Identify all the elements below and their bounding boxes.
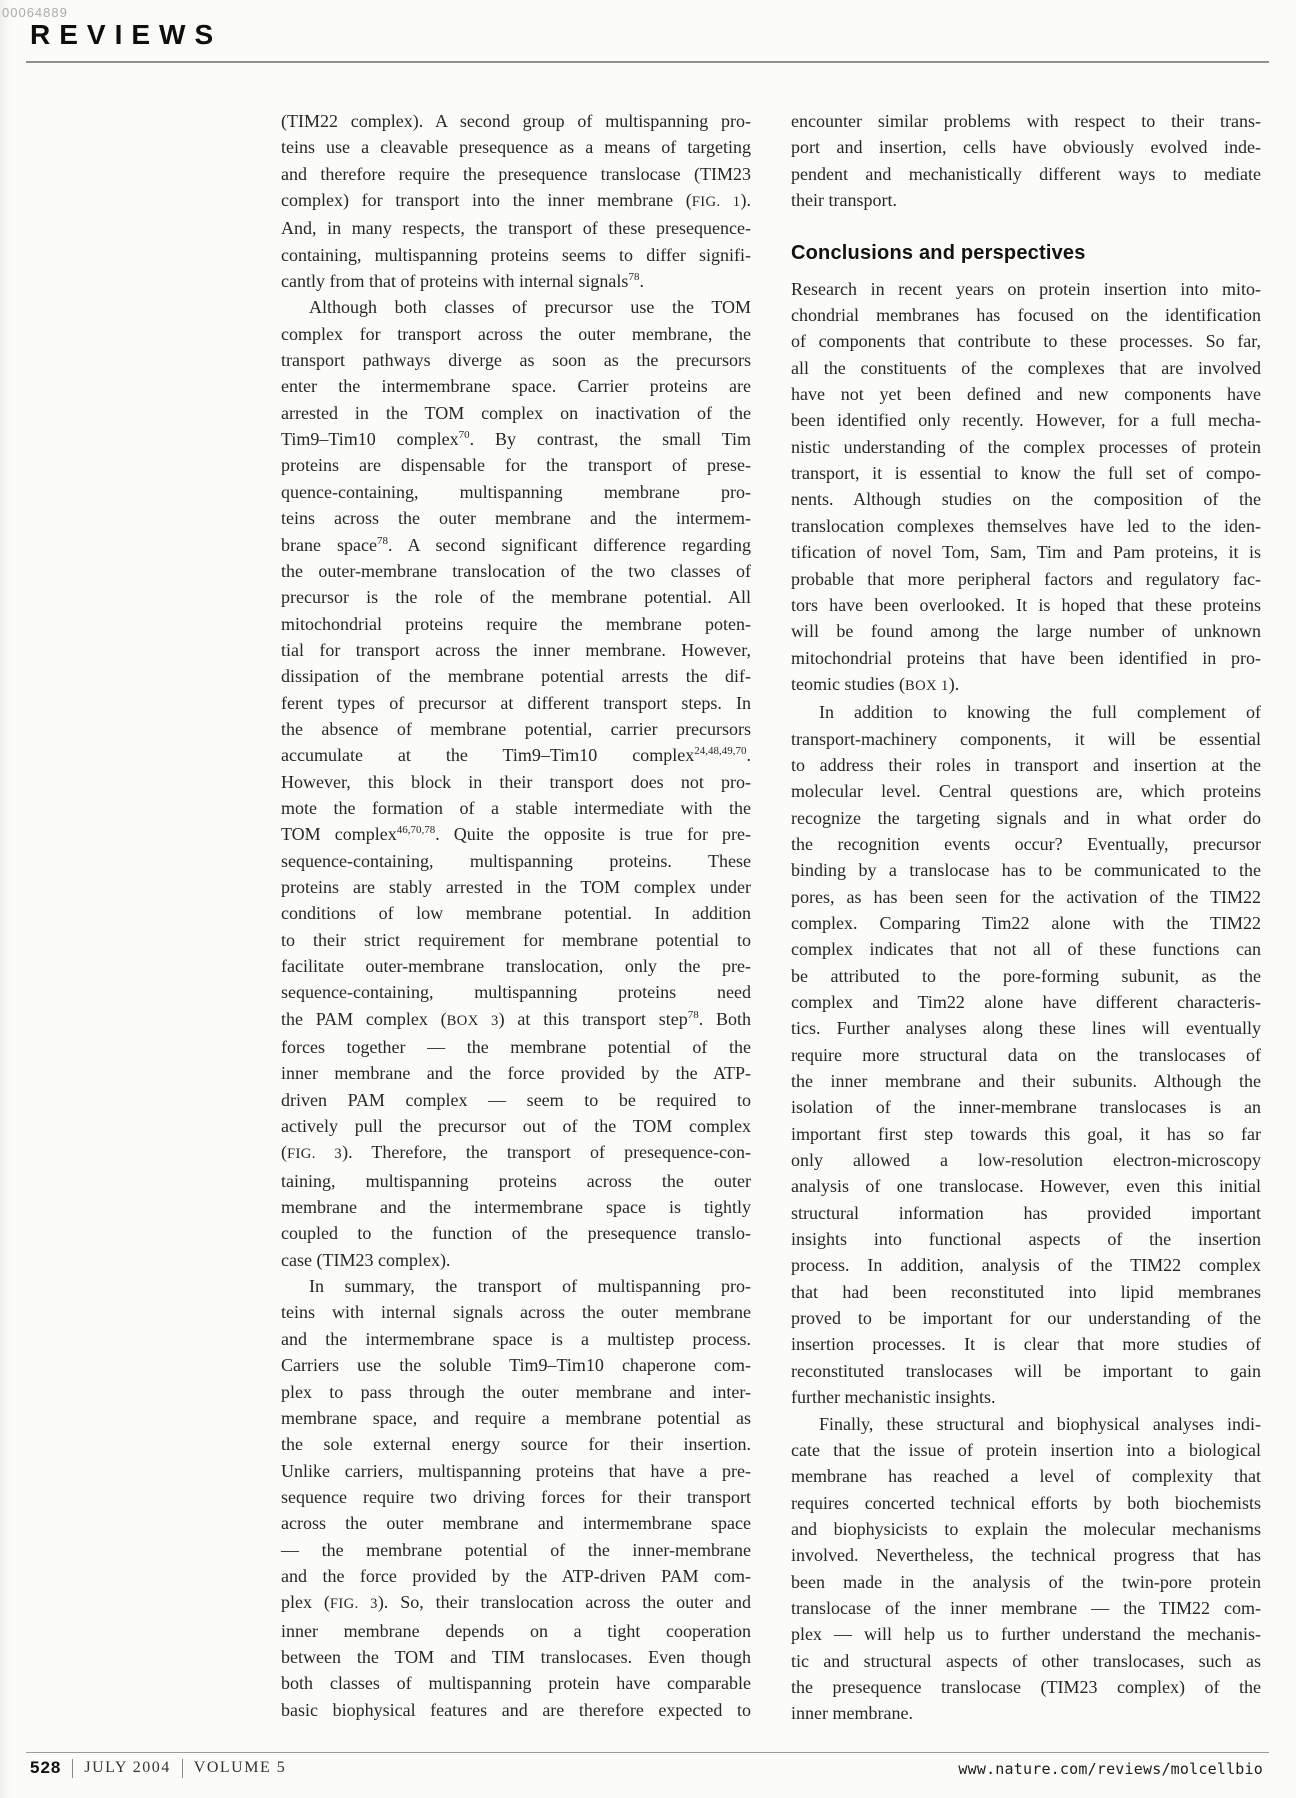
text-line: accumulate at the Tim9–Tim10 complex24,4… bbox=[281, 742, 751, 768]
text-line: and biophysicists to explain the molecul… bbox=[791, 1516, 1261, 1542]
text-line: be attributed to the pore-forming subuni… bbox=[791, 963, 1261, 989]
text-line: pores, as has been seen for the activati… bbox=[791, 884, 1261, 910]
left-column: (TIM22 complex). A second group of multi… bbox=[281, 108, 751, 1723]
text-line: conditions of low membrane potential. In… bbox=[281, 900, 751, 926]
text-line: coupled to the function of the presequen… bbox=[281, 1220, 751, 1246]
text-line: In addition to knowing the full compleme… bbox=[791, 699, 1261, 725]
text-line: translocation complexes themselves have … bbox=[791, 513, 1261, 539]
cross-reference: FIG. 3 bbox=[287, 1146, 342, 1162]
text-line: all the constituents of the complexes th… bbox=[791, 355, 1261, 381]
text-line: requires concerted technical efforts by … bbox=[791, 1490, 1261, 1516]
text-line: the presequence translocase (TIM23 compl… bbox=[791, 1674, 1261, 1700]
text-line: will be found among the large number of … bbox=[791, 618, 1261, 644]
text-line: isolation of the inner-membrane transloc… bbox=[791, 1094, 1261, 1120]
text-line: cate that the issue of protein insertion… bbox=[791, 1437, 1261, 1463]
text-line: that had been reconstituted into lipid m… bbox=[791, 1279, 1261, 1305]
text-line: proved to be important for our understan… bbox=[791, 1305, 1261, 1331]
text-line: proteins are dispensable for the transpo… bbox=[281, 452, 751, 478]
text-line: insights into functional aspects of the … bbox=[791, 1226, 1261, 1252]
text-line: mitochondrial proteins that have been id… bbox=[791, 645, 1261, 671]
text-line: the outer-membrane translocation of the … bbox=[281, 558, 751, 584]
text-line: containing, multispanning proteins seems… bbox=[281, 242, 751, 268]
text-line: membrane and the intermembrane space is … bbox=[281, 1194, 751, 1220]
text-line: complex indicates that not all of these … bbox=[791, 936, 1261, 962]
text-line: chondrial membranes has focused on the i… bbox=[791, 302, 1261, 328]
reference-superscript: 78 bbox=[688, 1009, 699, 1021]
text-line: probable that more peripheral factors an… bbox=[791, 566, 1261, 592]
text-line: mote the formation of a stable intermedi… bbox=[281, 795, 751, 821]
text-line: to address their roles in transport and … bbox=[791, 752, 1261, 778]
text-line: tors have been overlooked. It is hoped t… bbox=[791, 592, 1261, 618]
text-line: been made in the analysis of the twin-po… bbox=[791, 1569, 1261, 1595]
text-line: further mechanistic insights. bbox=[791, 1384, 1261, 1410]
text-line: between the TOM and TIM translocases. Ev… bbox=[281, 1644, 751, 1670]
text-line: driven PAM complex — seem to be required… bbox=[281, 1087, 751, 1113]
text-line: involved. Nevertheless, the technical pr… bbox=[791, 1542, 1261, 1568]
text-line: inner membrane depends on a tight cooper… bbox=[281, 1618, 751, 1644]
reference-superscript: 78 bbox=[628, 271, 639, 283]
text-line: translocase of the inner membrane — the … bbox=[791, 1595, 1261, 1621]
text-line: nistic understanding of the complex proc… bbox=[791, 434, 1261, 460]
text-line: insertion processes. It is clear that mo… bbox=[791, 1331, 1261, 1357]
paragraph: (TIM22 complex). A second group of multi… bbox=[281, 108, 751, 294]
text-line: ferent types of precursor at different t… bbox=[281, 690, 751, 716]
text-line: been identified only recently. However, … bbox=[791, 407, 1261, 433]
paragraph: Research in recent years on protein inse… bbox=[791, 276, 1261, 700]
paragraph: In summary, the transport of multispanni… bbox=[281, 1273, 751, 1723]
text-line: (FIG. 3). Therefore, the transport of pr… bbox=[281, 1139, 751, 1167]
text-line: complex. Comparing Tim22 alone with the … bbox=[791, 910, 1261, 936]
text-line: Research in recent years on protein inse… bbox=[791, 276, 1261, 302]
cross-reference: BOX 3 bbox=[447, 1013, 499, 1029]
text-line: proteins are stably arrested in the TOM … bbox=[281, 874, 751, 900]
reference-superscript: 78 bbox=[377, 535, 388, 547]
text-line: Finally, these structural and biophysica… bbox=[791, 1411, 1261, 1437]
text-line: membrane space, and require a membrane p… bbox=[281, 1405, 751, 1431]
text-line: membrane has reached a level of complexi… bbox=[791, 1463, 1261, 1489]
text-line: Tim9–Tim10 complex70. By contrast, the s… bbox=[281, 426, 751, 452]
paragraph: Finally, these structural and biophysica… bbox=[791, 1411, 1261, 1727]
journal-url: www.nature.com/reviews/molcellbio bbox=[958, 1760, 1263, 1778]
text-line: And, in many respects, the transport of … bbox=[281, 215, 751, 241]
text-line: the absence of membrane potential, carri… bbox=[281, 716, 751, 742]
text-line: only allowed a low-resolution electron-m… bbox=[791, 1147, 1261, 1173]
paragraph: encounter similar problems with respect … bbox=[791, 108, 1261, 213]
section-heading: Conclusions and perspectives bbox=[791, 240, 1261, 266]
text-line: tic and structural aspects of other tran… bbox=[791, 1648, 1261, 1674]
text-line: teins with internal signals across the o… bbox=[281, 1299, 751, 1325]
text-line: precursor is the role of the membrane po… bbox=[281, 584, 751, 610]
text-line: case (TIM23 complex). bbox=[281, 1247, 751, 1273]
paragraph: Although both classes of precursor use t… bbox=[281, 294, 751, 1273]
text-line: complex and Tim22 alone have different c… bbox=[791, 989, 1261, 1015]
text-line: Carriers use the soluble Tim9–Tim10 chap… bbox=[281, 1352, 751, 1378]
cross-reference: FIG. 3 bbox=[330, 1596, 378, 1612]
text-line: sequence-containing, multispanning prote… bbox=[281, 979, 751, 1005]
text-line: Unlike carriers, multispanning proteins … bbox=[281, 1458, 751, 1484]
text-line: transport pathways diverge as soon as th… bbox=[281, 347, 751, 373]
text-line: of components that contribute to these p… bbox=[791, 328, 1261, 354]
text-line: important first step towards this goal, … bbox=[791, 1121, 1261, 1147]
text-line: plex (FIG. 3). So, their translocation a… bbox=[281, 1589, 751, 1617]
text-line: actively pull the precursor out of the T… bbox=[281, 1113, 751, 1139]
text-line: to their strict requirement for membrane… bbox=[281, 927, 751, 953]
reviews-banner: REVIEWS bbox=[30, 19, 222, 51]
text-line: tial for transport across the inner memb… bbox=[281, 637, 751, 663]
text-line: facilitate outer-membrane translocation,… bbox=[281, 953, 751, 979]
text-line: their transport. bbox=[791, 187, 1261, 213]
text-line: However, this block in their transport d… bbox=[281, 769, 751, 795]
text-line: molecular level. Central questions are, … bbox=[791, 778, 1261, 804]
text-line: and the force provided by the ATP-driven… bbox=[281, 1563, 751, 1589]
text-line: — the membrane potential of the inner-me… bbox=[281, 1537, 751, 1563]
journal-page: 00064889 REVIEWS (TIM22 complex). A seco… bbox=[0, 0, 1296, 1798]
text-line: cantly from that of proteins with intern… bbox=[281, 268, 751, 294]
text-line: pendent and mechanistically different wa… bbox=[791, 161, 1261, 187]
text-line: both classes of multispanning protein ha… bbox=[281, 1670, 751, 1696]
text-line: structural information has provided impo… bbox=[791, 1200, 1261, 1226]
text-line: teomic studies (BOX 1). bbox=[791, 671, 1261, 699]
text-line: tification of novel Tom, Sam, Tim and Pa… bbox=[791, 539, 1261, 565]
text-line: have not yet been defined and new compon… bbox=[791, 381, 1261, 407]
text-line: analysis of one translocase. However, ev… bbox=[791, 1173, 1261, 1199]
text-line: mitochondrial proteins require the membr… bbox=[281, 611, 751, 637]
header-rule bbox=[26, 61, 1269, 63]
text-line: plex — will help us to further understan… bbox=[791, 1621, 1261, 1647]
text-line: encounter similar problems with respect … bbox=[791, 108, 1261, 134]
text-line: and therefore require the presequence tr… bbox=[281, 161, 751, 187]
text-line: forces together — the membrane potential… bbox=[281, 1034, 751, 1060]
right-column: encounter similar problems with respect … bbox=[791, 108, 1261, 1727]
text-line: teins use a cleavable presequence as a m… bbox=[281, 134, 751, 160]
text-line: the recognition events occur? Eventually… bbox=[791, 831, 1261, 857]
text-line: taining, multispanning proteins across t… bbox=[281, 1168, 751, 1194]
paragraph: In addition to knowing the full compleme… bbox=[791, 699, 1261, 1410]
reference-superscript: 46,70,78 bbox=[397, 824, 436, 836]
text-line: nents. Although studies on the compositi… bbox=[791, 486, 1261, 512]
scan-number: 00064889 bbox=[2, 5, 68, 20]
footer-rule bbox=[26, 1752, 1269, 1753]
text-line: plex to pass through the outer membrane … bbox=[281, 1379, 751, 1405]
footer-left: 528 JULY 2004 VOLUME 5 bbox=[30, 1757, 286, 1779]
text-line: the inner membrane and their subunits. A… bbox=[791, 1068, 1261, 1094]
text-line: complex for transport across the outer m… bbox=[281, 321, 751, 347]
text-line: sequence require two driving forces for … bbox=[281, 1484, 751, 1510]
page-number: 528 bbox=[30, 1758, 61, 1778]
text-line: sequence-containing, multispanning prote… bbox=[281, 848, 751, 874]
text-line: recognize the targeting signals and in w… bbox=[791, 805, 1261, 831]
text-line: the sole external energy source for thei… bbox=[281, 1431, 751, 1457]
text-line: the PAM complex (BOX 3) at this transpor… bbox=[281, 1006, 751, 1034]
text-line: port and insertion, cells have obviously… bbox=[791, 134, 1261, 160]
footer-separator bbox=[182, 1759, 183, 1778]
text-line: In summary, the transport of multispanni… bbox=[281, 1273, 751, 1299]
text-line: Although both classes of precursor use t… bbox=[281, 294, 751, 320]
text-line: transport-machinery components, it will … bbox=[791, 726, 1261, 752]
text-line: quence-containing, multispanning membran… bbox=[281, 479, 751, 505]
cross-reference: BOX 1 bbox=[905, 678, 949, 694]
cross-reference: FIG. 1 bbox=[692, 194, 741, 210]
text-line: and the intermembrane space is a multist… bbox=[281, 1326, 751, 1352]
text-line: complex) for transport into the inner me… bbox=[281, 187, 751, 215]
text-line: basic biophysical features and are there… bbox=[281, 1697, 751, 1723]
footer-separator bbox=[72, 1759, 73, 1778]
text-line: (TIM22 complex). A second group of multi… bbox=[281, 108, 751, 134]
text-line: dissipation of the membrane potential ar… bbox=[281, 663, 751, 689]
text-line: brane space78. A second significant diff… bbox=[281, 532, 751, 558]
text-line: reconstituted translocases will be impor… bbox=[791, 1358, 1261, 1384]
text-line: process. In addition, analysis of the TI… bbox=[791, 1252, 1261, 1278]
text-line: arrested in the TOM complex on inactivat… bbox=[281, 400, 751, 426]
text-line: across the outer membrane and intermembr… bbox=[281, 1510, 751, 1536]
text-line: TOM complex46,70,78. Quite the opposite … bbox=[281, 821, 751, 847]
text-line: inner membrane and the force provided by… bbox=[281, 1060, 751, 1086]
text-line: teins across the outer membrane and the … bbox=[281, 505, 751, 531]
text-line: transport, it is essential to know the f… bbox=[791, 460, 1261, 486]
text-line: tics. Further analyses along these lines… bbox=[791, 1015, 1261, 1041]
text-line: require more structural data on the tran… bbox=[791, 1042, 1261, 1068]
reference-superscript: 24,48,49,70 bbox=[694, 745, 746, 757]
text-line: enter the intermembrane space. Carrier p… bbox=[281, 373, 751, 399]
text-line: inner membrane. bbox=[791, 1700, 1261, 1726]
volume-number: VOLUME 5 bbox=[194, 1759, 286, 1777]
reference-superscript: 70 bbox=[459, 429, 470, 441]
issue-date: JULY 2004 bbox=[84, 1759, 170, 1777]
text-line: binding by a translocase has to be commu… bbox=[791, 857, 1261, 883]
